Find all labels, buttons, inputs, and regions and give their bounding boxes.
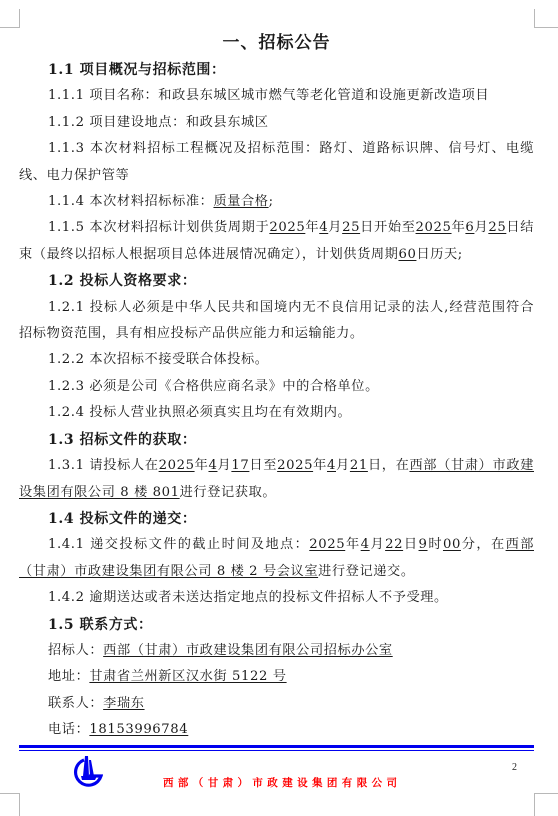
contact-tenderer: 招标人：西部（甘肃）市政建设集团有限公司招标办公室 — [19, 638, 534, 664]
page-corner-mark-top-left — [0, 9, 20, 28]
item-1-1-5: 1.1.5 本次材料招标计划供货周期于2025年4月25日开始至2025年6月2… — [19, 215, 534, 268]
footer-company-name: 西部（甘肃）市政建设集团有限公司 — [163, 775, 401, 790]
supply-period-days: 60 — [398, 247, 416, 262]
obtain-end-day: 21 — [350, 458, 368, 473]
text: 进行登记获取。 — [180, 485, 277, 500]
text: 年 — [452, 220, 466, 235]
item-1-2-3: 1.2.3 必须是公司《合格供应商名录》中的合格单位。 — [19, 374, 534, 400]
document-title: 一、招标公告 — [19, 30, 534, 57]
obtain-end-year: 2025 — [277, 458, 313, 473]
text: 月 — [474, 220, 488, 235]
text: 日，在 — [368, 458, 410, 473]
contact-person-value: 李瑞东 — [103, 696, 144, 711]
deadline-year: 2025 — [309, 537, 345, 552]
item-1-3-1: 1.3.1 请投标人在2025年4月17日至2025年4月21日，在西部（甘肃）… — [19, 453, 534, 506]
text: 分，在 — [461, 537, 506, 552]
section-heading-1-5: 1.5 联系方式： — [19, 612, 534, 638]
item-1-1-1: 1.1.1 项目名称：和政县东城区城市燃气等老化管道和设施更新改造项目 — [19, 83, 534, 109]
item-1-4-1: 1.4.1 递交投标文件的截止时间及地点：2025年4月22日9时00分，在西部… — [19, 532, 534, 585]
obtain-start-day: 17 — [231, 458, 249, 473]
quality-standard: 质量合格 — [213, 194, 268, 209]
text: 1.1.5 本次材料招标计划供货周期于 — [48, 220, 269, 235]
deadline-hour: 9 — [419, 537, 428, 552]
obtain-end-month: 4 — [327, 458, 336, 473]
contact-person: 联系人：李瑞东 — [19, 691, 534, 717]
phone-label: 电话： — [48, 722, 89, 737]
item-1-1-3: 1.1.3 本次材料招标工程概况及招标范围：路灯、道路标识牌、信号灯、电缆线、电… — [19, 136, 534, 189]
phone-value: 18153996784 — [89, 722, 188, 737]
item-1-2-4: 1.2.4 投标人营业执照必须真实且均在有效期内。 — [19, 400, 534, 426]
item-1-4-2: 1.4.2 逾期送达或者未送达指定地点的投标文件招标人不予受理。 — [19, 585, 534, 611]
deadline-day: 22 — [385, 537, 403, 552]
text: 进行登记递交。 — [318, 564, 415, 579]
supply-end-day: 25 — [488, 220, 506, 235]
page-corner-mark-bottom-right — [534, 793, 558, 816]
page-corner-mark-bottom-left — [0, 793, 20, 816]
text: 月 — [217, 458, 231, 473]
tenderer-label: 招标人： — [48, 643, 103, 658]
item-1-1-2: 1.1.2 项目建设地点：和政县东城区 — [19, 110, 534, 136]
obtain-start-year: 2025 — [159, 458, 195, 473]
text: 月 — [336, 458, 350, 473]
contact-person-label: 联系人： — [48, 696, 103, 711]
deadline-month: 4 — [361, 537, 370, 552]
section-heading-1-1: 1.1 项目概况与招标范围： — [19, 57, 534, 83]
text: 日至 — [249, 458, 277, 473]
supply-start-day: 25 — [342, 220, 360, 235]
text: 年 — [305, 220, 319, 235]
supply-end-year: 2025 — [416, 220, 452, 235]
company-logo-icon — [73, 754, 103, 790]
text: 月 — [328, 220, 342, 235]
deadline-minute: 00 — [443, 537, 461, 552]
section-heading-1-4: 1.4 投标文件的递交： — [19, 506, 534, 532]
section-heading-1-3: 1.3 招标文件的获取： — [19, 427, 534, 453]
supply-start-month: 4 — [319, 220, 328, 235]
footer-divider-thick — [19, 745, 534, 748]
page-number: 2 — [512, 762, 517, 773]
supply-start-year: 2025 — [269, 220, 305, 235]
text: 时 — [428, 537, 443, 552]
text: 1.3.1 请投标人在 — [48, 458, 159, 473]
item-1-2-2: 1.2.2 本次招标不接受联合体投标。 — [19, 347, 534, 373]
text: 日 — [403, 537, 418, 552]
item-1-1-4-label: 1.1.4 本次材料招标标准： — [48, 194, 213, 209]
contact-address: 地址：甘肃省兰州新区汉水街 5122 号 — [19, 664, 534, 690]
text: 年 — [313, 458, 327, 473]
footer-divider-thin — [19, 750, 534, 751]
text: 日开始至 — [360, 220, 415, 235]
text: 月 — [370, 537, 385, 552]
text: 日历天; — [416, 247, 462, 262]
document-body: 一、招标公告 1.1 项目概况与招标范围： 1.1.1 项目名称：和政县东城区城… — [19, 30, 534, 744]
item-1-2-1: 1.2.1 投标人必须是中华人民共和国境内无不良信用记录的法人,经营范围符合招标… — [19, 295, 534, 348]
page-corner-mark-top-right — [534, 9, 558, 28]
contact-phone: 电话：18153996784 — [19, 717, 534, 743]
text: 年 — [345, 537, 360, 552]
item-1-1-4: 1.1.4 本次材料招标标准：质量合格; — [19, 189, 534, 215]
address-value: 甘肃省兰州新区汉水街 5122 号 — [89, 669, 286, 684]
text: 年 — [195, 458, 209, 473]
section-heading-1-2: 1.2 投标人资格要求： — [19, 268, 534, 294]
text: 1.4.1 递交投标文件的截止时间及地点： — [48, 537, 309, 552]
address-label: 地址： — [48, 669, 89, 684]
punct: ; — [269, 194, 274, 209]
tenderer-value: 西部（甘肃）市政建设集团有限公司招标办公室 — [103, 643, 393, 658]
